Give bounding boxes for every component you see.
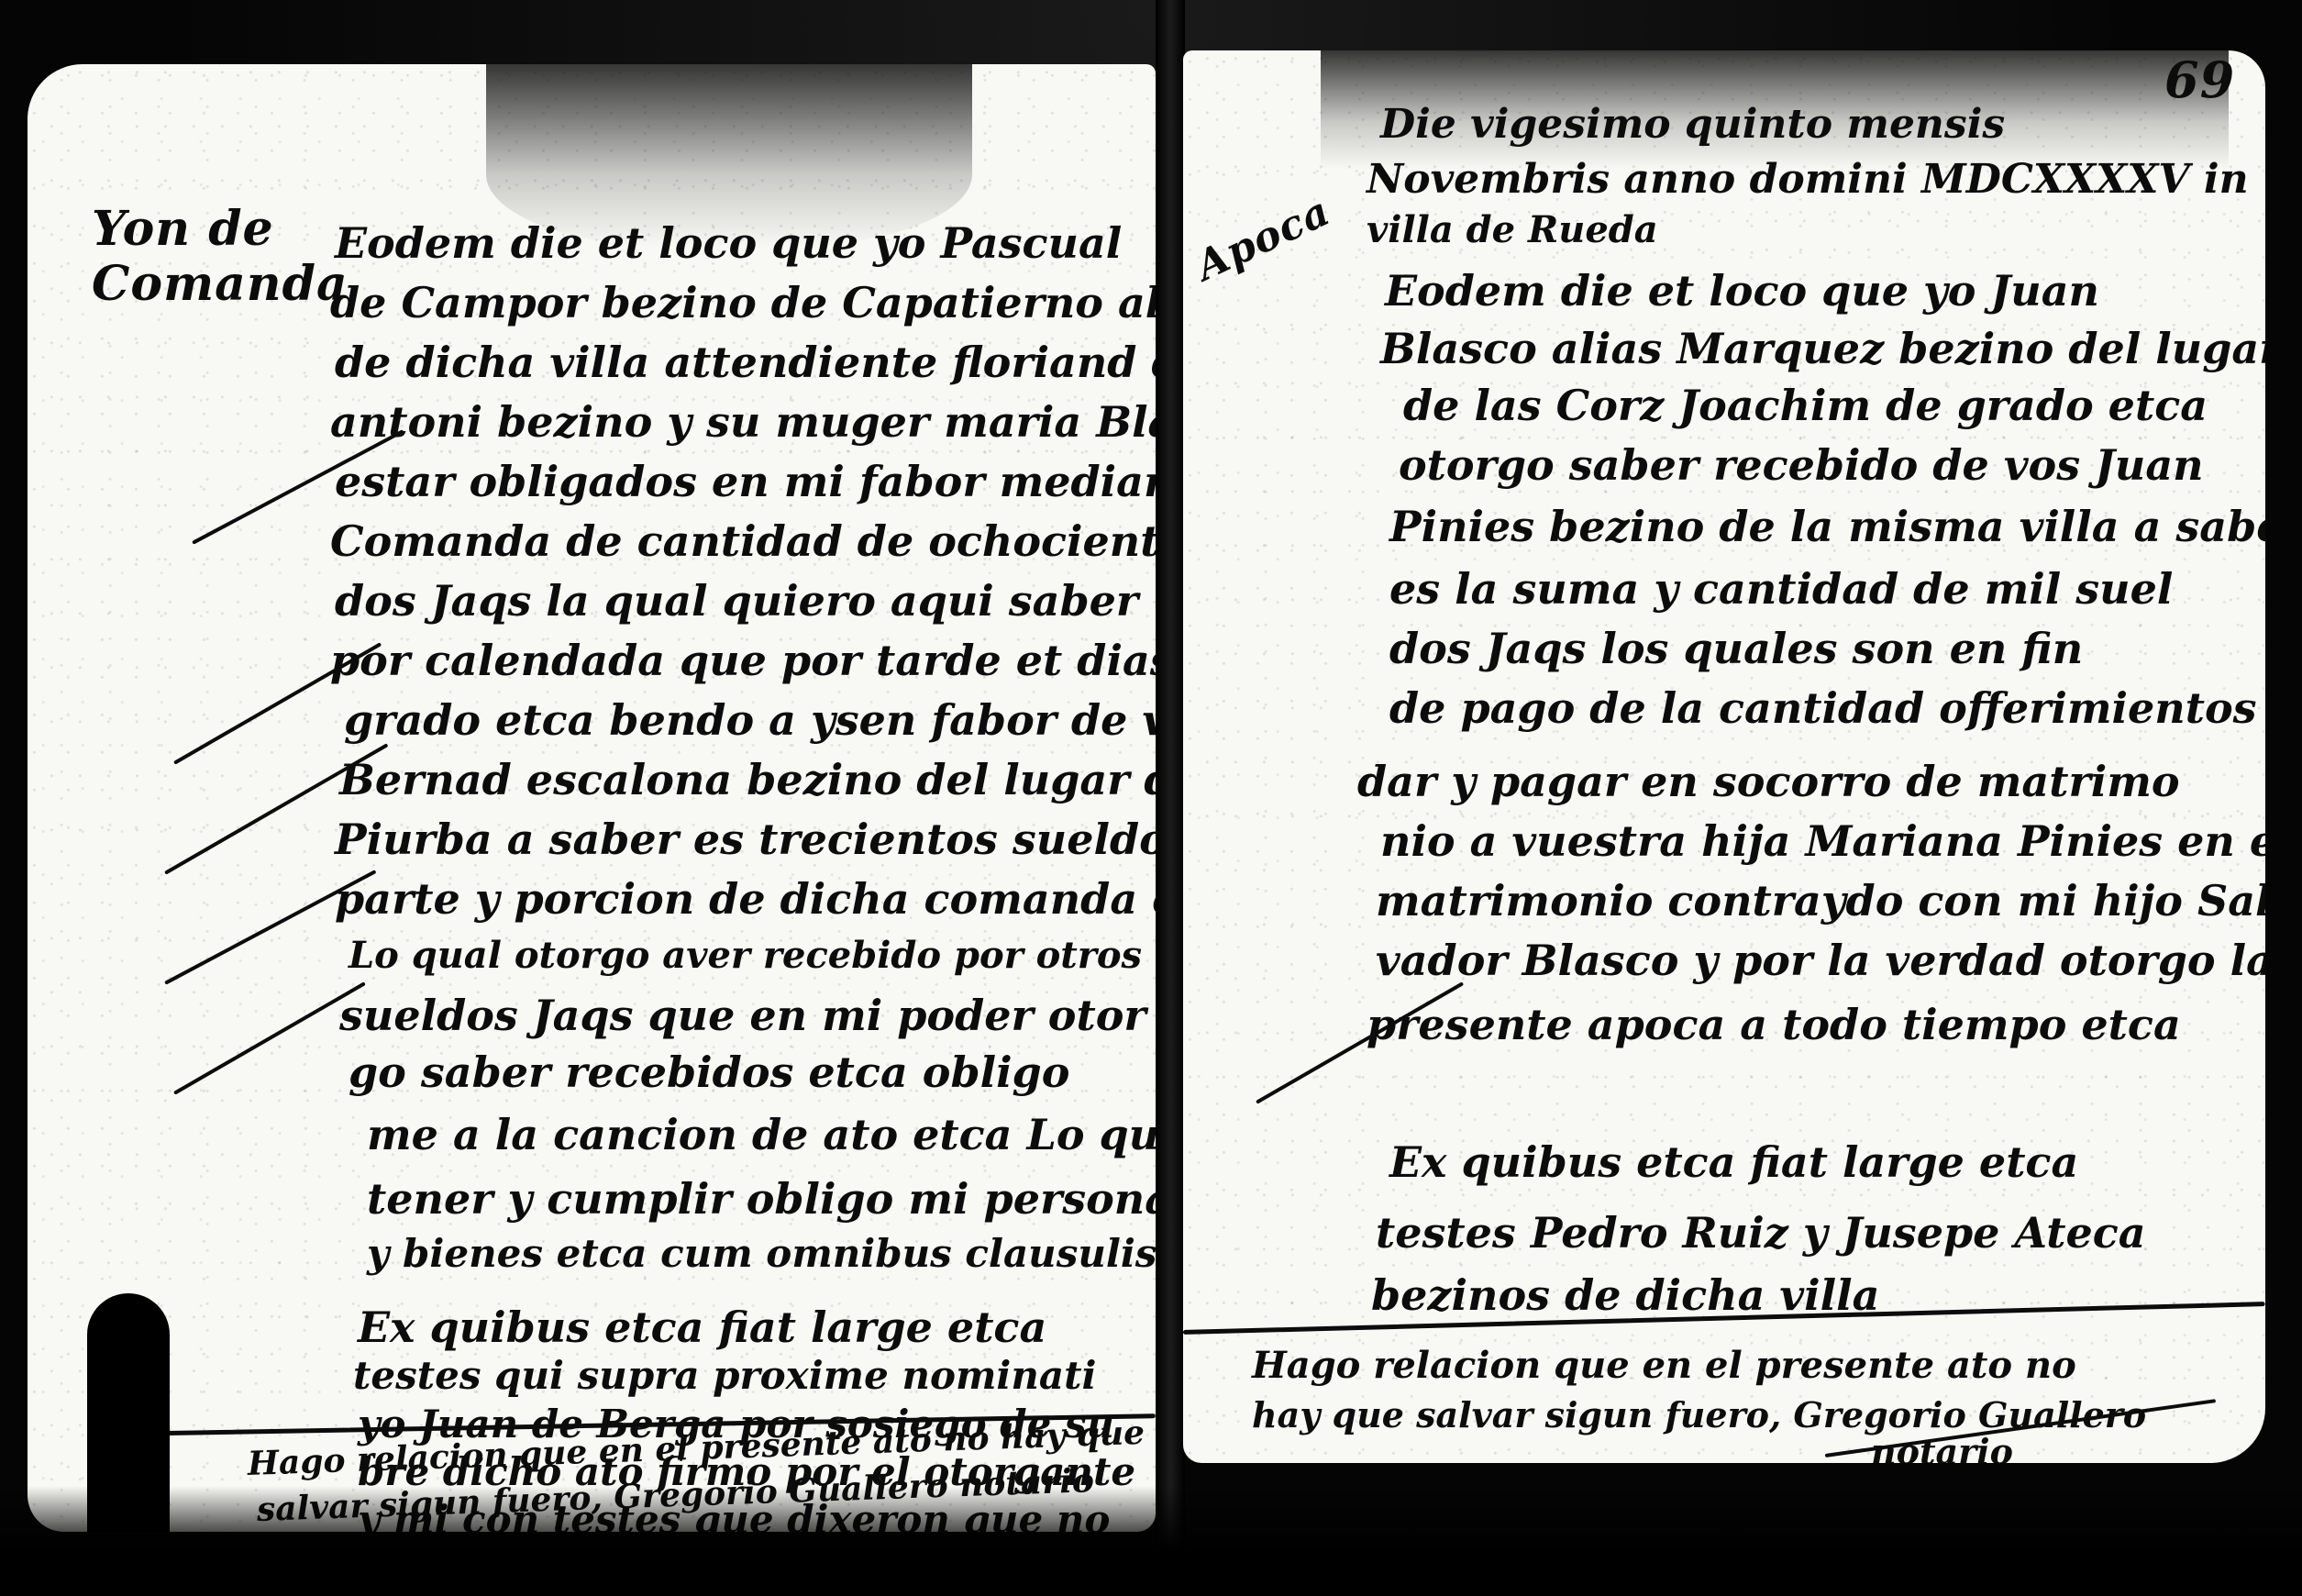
text-line: go saber recebidos etca obligo <box>349 1047 1069 1097</box>
text-line: villa de Rueda <box>1367 208 1658 251</box>
text-line: de las Corz Joachim de grado etca <box>1403 381 2208 430</box>
text-line: bezinos de dicha villa <box>1371 1270 1879 1320</box>
text-line: dos Jaqs la qual quiero aqui saber <box>335 576 1138 626</box>
text-line: testes Pedro Ruiz y Jusepe Ateca <box>1376 1208 2146 1258</box>
text-line: Comanda de cantidad de ochocientos suel <box>330 516 1156 566</box>
text-line: parte y porcion de dicha comanda etca <box>335 874 1156 924</box>
margin-note: Yon de Comanda <box>92 202 349 312</box>
text-line: Piurba a saber es trecientos sueldos Jaq… <box>335 815 1156 864</box>
text-line: me a la cancion de ato etca Lo qual <box>367 1110 1156 1159</box>
text-line: vador Blasco y por la verdad otorgo la <box>1376 936 2265 985</box>
book-gutter <box>1156 0 1185 1596</box>
text-line: otorgo saber recebido de vos Juan <box>1399 440 2204 490</box>
page-number: 69 <box>2164 50 2235 109</box>
text-line: por calendada que por tarde et dias de <box>330 636 1156 685</box>
text-line: Die vigesimo quinto mensis <box>1380 101 2005 148</box>
text-line: tener y cumplir obligo mi persona <box>367 1174 1156 1224</box>
text-line: presente apoca a todo tiempo etca <box>1367 1000 2181 1049</box>
left-page: Yon de Comanda Eodem die et loco que yo … <box>28 64 1156 1532</box>
text-line: Pinies bezino de la misma villa a saber <box>1389 502 2265 551</box>
scan-bottom-edge <box>0 1486 2302 1596</box>
text-line: nio a vuestra hija Mariana Pinies en el <box>1380 816 2265 866</box>
text-line: de dicha villa attendiente floriand de <box>335 338 1156 387</box>
text-line: Hago relacion que en el presente ato no <box>1252 1344 2076 1387</box>
text-line: dos Jaqs los quales son en fin <box>1389 624 2083 673</box>
text-line: Bernad escalona bezino del lugar de <box>339 755 1156 804</box>
right-page: 69 Apoca Die vigesimo quinto mensis Nove… <box>1183 50 2265 1463</box>
text-line: grado etca bendo a ysen fabor de vos <box>344 695 1156 745</box>
text-line: antoni bezino y su muger maria Blanz <box>330 397 1156 447</box>
text-line: Eodem die et loco que yo Pascual <box>335 218 1122 268</box>
text-line: Blasco alias Marquez bezino del lugar <box>1380 324 2265 373</box>
text-line: de Campor bezino de Capatierno aldea <box>330 278 1156 327</box>
margin-note: Apoca <box>1189 188 1337 291</box>
text-line: estar obligados en mi fabor mediante <box>335 457 1156 506</box>
text-line: sueldos Jaqs que en mi poder otor <box>339 991 1146 1040</box>
margin-note-line: Yon de <box>92 202 349 257</box>
text-line: Novembris anno domini MDCXXXXV in <box>1367 156 2249 203</box>
text-line: y bienes etca cum omnibus clausulis etca <box>367 1231 1156 1276</box>
text-line: Ex quibus etca fiat large etca <box>358 1302 1046 1352</box>
ink-flourish <box>164 870 376 985</box>
text-line: Ex quibus etca fiat large etca <box>1389 1137 2078 1187</box>
text-line: dar y pagar en socorro de matrimo <box>1357 757 2180 806</box>
text-line: matrimonio contraydo con mi hijo Sal <box>1376 876 2265 925</box>
text-line: es la suma y cantidad de mil suel <box>1389 564 2173 614</box>
text-line: Eodem die et loco que yo Juan <box>1385 266 2099 316</box>
text-line: Lo qual otorgo aver recebido por otros t… <box>349 934 1156 977</box>
text-line: testes qui supra proxime nominati <box>353 1353 1097 1398</box>
ink-flourish <box>173 981 366 1094</box>
text-line: de pago de la cantidad offerimientos <box>1389 683 2257 733</box>
margin-note-line: Comanda <box>92 257 349 312</box>
